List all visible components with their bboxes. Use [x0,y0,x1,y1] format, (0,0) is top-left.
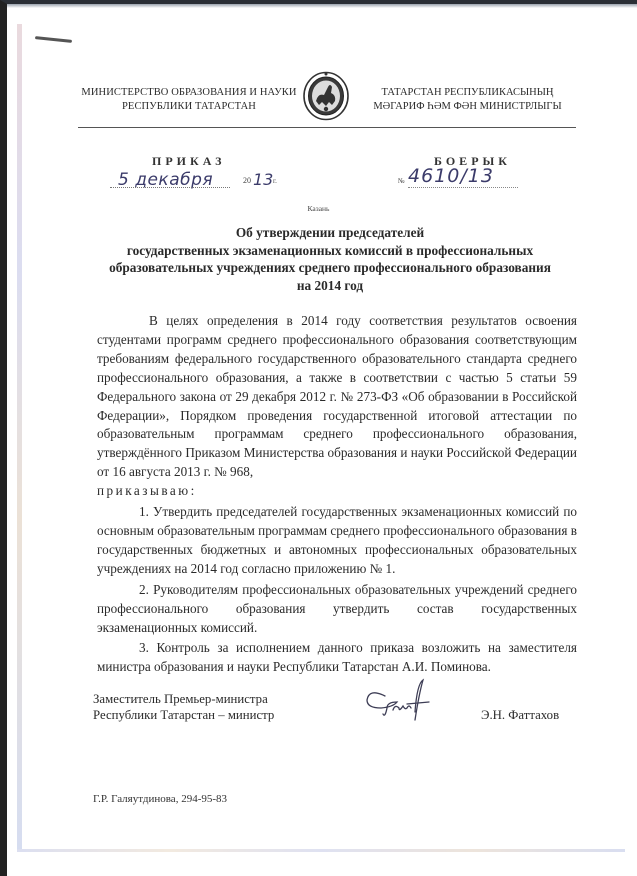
year-suffix-handwritten: 13 [253,170,273,189]
signatory-title-line-1: Заместитель Премьер-министра [93,692,593,708]
title-line-2: государственных экзаменационных комиссий… [70,242,590,260]
number-underline [408,187,518,188]
preamble: В целях определения в 2014 году соответс… [97,312,577,482]
order-item-2: 2. Руководителям профессиональных образо… [97,581,577,638]
signature-icon [363,674,443,730]
executor-contact: Г.Р. Галяутдинова, 294-95-83 [93,793,227,805]
year-abbrev: г. [273,177,277,185]
signature-block: Заместитель Премьер-министра Республики … [93,692,593,742]
emblem-icon [302,71,350,121]
ministry-name-ru: МИНИСТЕРСТВО ОБРАЗОВАНИЯ И НАУКИ РЕСПУБЛ… [78,86,300,114]
doc-type-ru: ПРИКАЗ [152,154,225,169]
order-word: приказываю: [97,482,577,501]
letterhead-divider [78,127,576,128]
order-item-3: 3. Контроль за исполнением данного прика… [97,639,577,677]
order-item-1: 1. Утвердить председателей государственн… [97,503,577,579]
ministry-name-tt-line-1: ТАТАРСТАН РЕСПУБЛИКАСЫНЫҢ [355,86,580,100]
order-number: № 4610/13 [392,165,552,191]
title-line-4: на 2014 год [70,277,590,295]
document-title: Об утверждении председателей государстве… [70,224,590,294]
signatory-name: Э.Н. Фаттахов [481,708,559,723]
ministry-name-tt-line-2: МӘГАРИФ ҺӘМ ФӘН МИНИСТРЛЫГЫ [355,100,580,114]
order-number-handwritten: 4610/13 [408,165,494,187]
year-prefix: 20 [243,176,251,185]
letterhead: МИНИСТЕРСТВО ОБРАЗОВАНИЯ И НАУКИ РЕСПУБЛ… [0,86,637,126]
scan-top-shadow [7,4,637,8]
scan-bottom-edge [17,849,625,852]
ministry-name-tt: ТАТАРСТАН РЕСПУБЛИКАСЫНЫҢ МӘГАРИФ ҺӘМ ФӘ… [355,86,580,114]
ministry-name-ru-line-2: РЕСПУБЛИКИ ТАТАРСТАН [78,100,300,114]
document-body: В целях определения в 2014 году соответс… [97,312,577,677]
scan-left-edge [17,24,22,849]
number-sign: № [398,177,405,185]
title-line-1: Об утверждении председателей [70,224,590,242]
title-line-3: образовательных учреждениях среднего про… [70,259,590,277]
order-date: 5 декабря 20 13 г. [110,170,290,192]
date-underline [110,187,230,188]
city: Казань [0,204,637,213]
ministry-name-ru-line-1: МИНИСТЕРСТВО ОБРАЗОВАНИЯ И НАУКИ [78,86,300,100]
